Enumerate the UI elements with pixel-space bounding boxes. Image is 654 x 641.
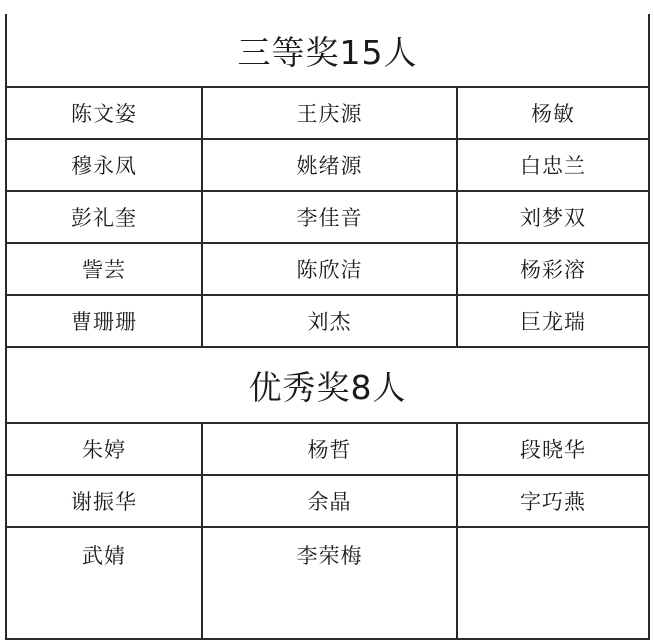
name-cell: 杨敏 — [457, 87, 649, 139]
table-row: 朱婷 杨哲 段晓华 — [6, 423, 649, 475]
award-list-table: 三等奖15人 陈文姿 王庆源 杨敏 穆永凤 姚绪源 白忠兰 彭礼奎 李佳音 刘梦… — [5, 14, 650, 640]
name-cell: 余晶 — [202, 475, 457, 527]
name-cell: 谢振华 — [6, 475, 202, 527]
name-cell: 陈欣洁 — [202, 243, 457, 295]
name-cell: 巨龙瑞 — [457, 295, 649, 347]
name-cell: 杨彩溶 — [457, 243, 649, 295]
section-header-third-prize: 三等奖15人 — [6, 14, 649, 87]
name-cell: 訾芸 — [6, 243, 202, 295]
name-cell: 王庆源 — [202, 87, 457, 139]
section-title: 三等奖15人 — [6, 14, 649, 87]
name-cell: 刘梦双 — [457, 191, 649, 243]
table-row: 訾芸 陈欣洁 杨彩溶 — [6, 243, 649, 295]
name-cell: 穆永凤 — [6, 139, 202, 191]
name-cell: 朱婷 — [6, 423, 202, 475]
name-cell: 曹珊珊 — [6, 295, 202, 347]
empty-cell — [457, 527, 649, 639]
name-cell: 李荣梅 — [202, 527, 457, 639]
name-cell: 刘杰 — [202, 295, 457, 347]
section-header-excellence-prize: 优秀奖8人 — [6, 347, 649, 423]
name-cell: 杨哲 — [202, 423, 457, 475]
table-row: 陈文姿 王庆源 杨敏 — [6, 87, 649, 139]
name-cell: 姚绪源 — [202, 139, 457, 191]
name-cell: 李佳音 — [202, 191, 457, 243]
name-cell: 段晓华 — [457, 423, 649, 475]
table-row: 穆永凤 姚绪源 白忠兰 — [6, 139, 649, 191]
table-row: 彭礼奎 李佳音 刘梦双 — [6, 191, 649, 243]
section-title: 优秀奖8人 — [6, 347, 649, 423]
name-cell: 武婧 — [6, 527, 202, 639]
name-cell: 白忠兰 — [457, 139, 649, 191]
name-cell: 字巧燕 — [457, 475, 649, 527]
name-cell: 陈文姿 — [6, 87, 202, 139]
name-cell: 彭礼奎 — [6, 191, 202, 243]
table-row: 曹珊珊 刘杰 巨龙瑞 — [6, 295, 649, 347]
table-row: 谢振华 余晶 字巧燕 — [6, 475, 649, 527]
table-row: 武婧 李荣梅 — [6, 527, 649, 639]
